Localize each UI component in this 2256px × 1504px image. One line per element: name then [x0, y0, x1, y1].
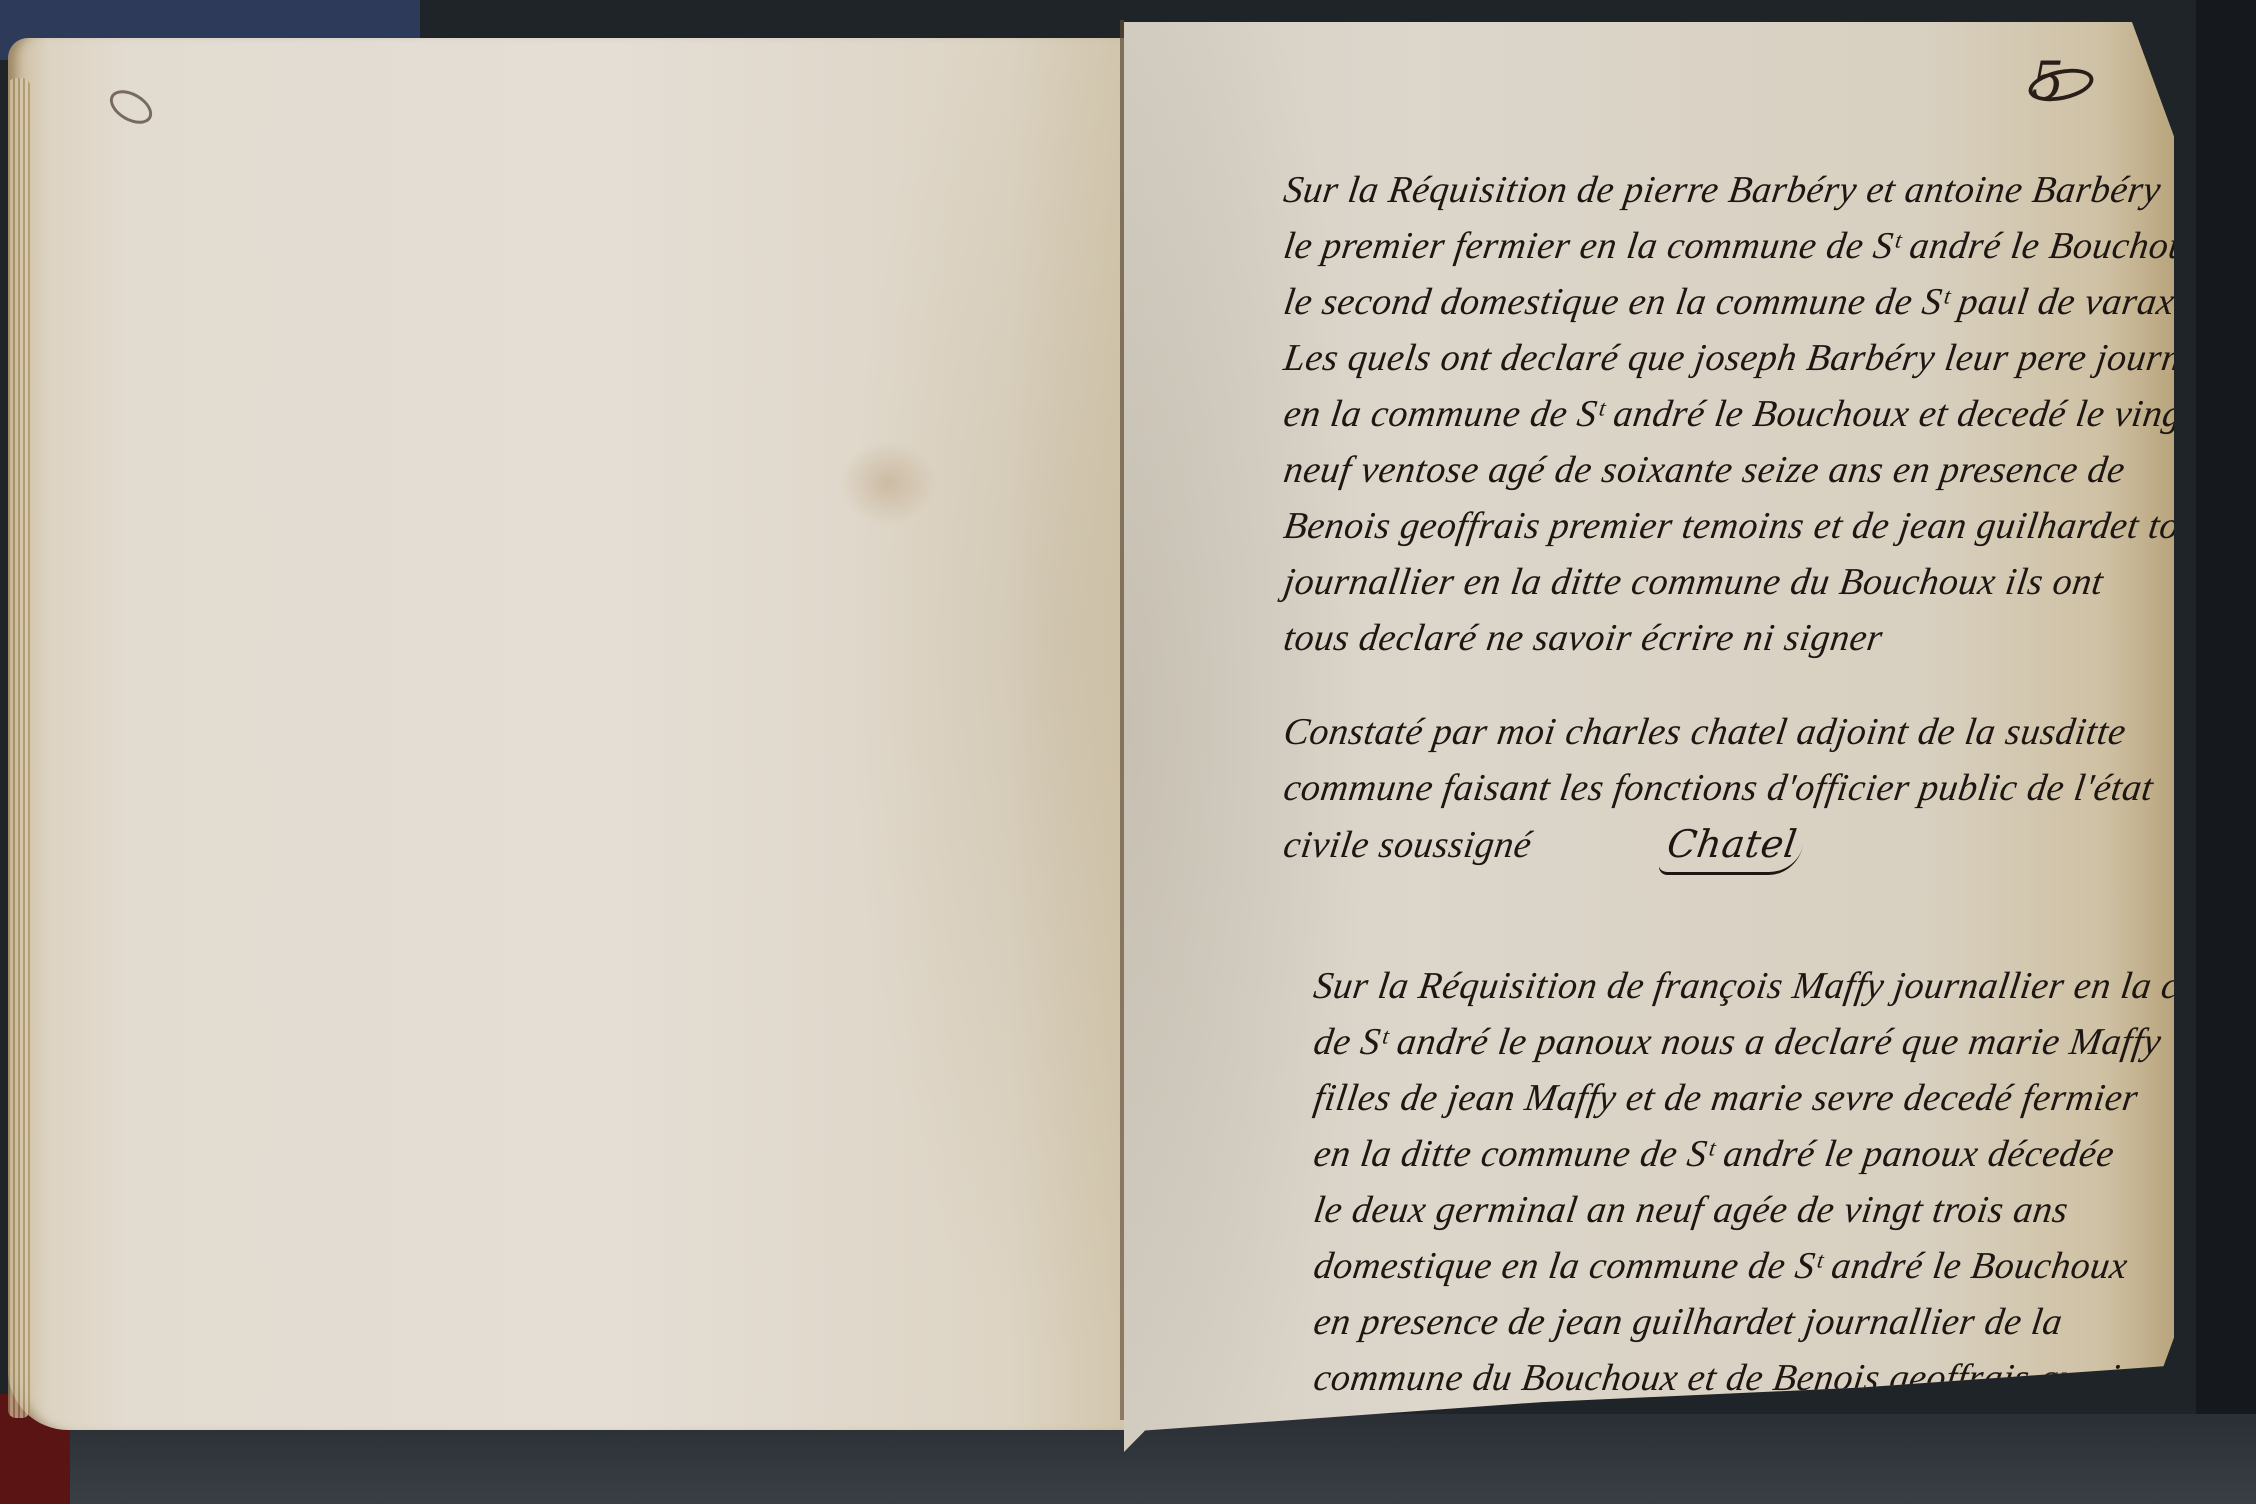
right-page: 5 Sur la Réquisition de pierre Barbéry e…	[1124, 22, 2174, 1452]
entry1-line: neuf ventose agé de soixante seize ans e…	[1280, 442, 2128, 498]
entry1-line: en la commune de Sᵗ andré le Bouchoux et…	[1280, 386, 2128, 442]
entry2-line: le deux germinal an neuf agée de vingt t…	[1310, 1182, 2128, 1238]
open-register-book: 5 Sur la Réquisition de pierre Barbéry e…	[0, 10, 2200, 1450]
entry1-line: Benois geoffrais premier temoins et de j…	[1280, 498, 2128, 554]
attestation-line: commune faisant les fonctions d'officier…	[1280, 760, 2128, 816]
attestation-line-with-signature: civile soussigné Chatel	[1280, 816, 2128, 872]
attestation-line: civile soussigné	[1281, 824, 1534, 866]
entry2-line: Sur la Réquisition de françois Maffy jou…	[1310, 958, 2128, 1014]
entry2-line: filles de jean Maffy et de marie sevre d…	[1310, 1070, 2128, 1126]
entry1-line: le second domestique en la commune de Sᵗ…	[1280, 274, 2128, 330]
book-gutter	[1120, 20, 1124, 1420]
entry2-line: en la ditte commune de Sᵗ andré le panou…	[1310, 1126, 2128, 1182]
background-dark-right	[2196, 0, 2256, 1504]
handwritten-text: Sur la Réquisition de pierre Barbéry et …	[1284, 162, 2124, 1462]
entry1-line: le premier fermier en la commune de Sᵗ a…	[1280, 218, 2128, 274]
left-page-blank	[8, 38, 1124, 1430]
entry2-line: domestique en la commune de Sᵗ andré le …	[1310, 1238, 2128, 1294]
entry2-line: commune du Bouchoux et de Benois geoffra…	[1310, 1350, 2128, 1406]
entry2-line: en presence de jean guilhardet journalli…	[1310, 1294, 2128, 1350]
entry1-line: journallier en la ditte commune du Bouch…	[1280, 554, 2128, 610]
entry1-line: tous declaré ne savoir écrire ni signer	[1280, 610, 2128, 666]
ink-loop-mark	[104, 83, 158, 130]
attestation-line: Constaté par moi charles chatel adjoint …	[1280, 704, 2128, 760]
entry1-line: Sur la Réquisition de pierre Barbéry et …	[1280, 162, 2128, 218]
entry1-line: Les quels ont declaré que joseph Barbéry…	[1280, 330, 2128, 386]
signature-chatel: Chatel	[1657, 816, 1806, 875]
page-stack-edge	[8, 78, 30, 1418]
entry2-line: de Sᵗ andré le panoux nous a declaré que…	[1310, 1014, 2128, 1070]
